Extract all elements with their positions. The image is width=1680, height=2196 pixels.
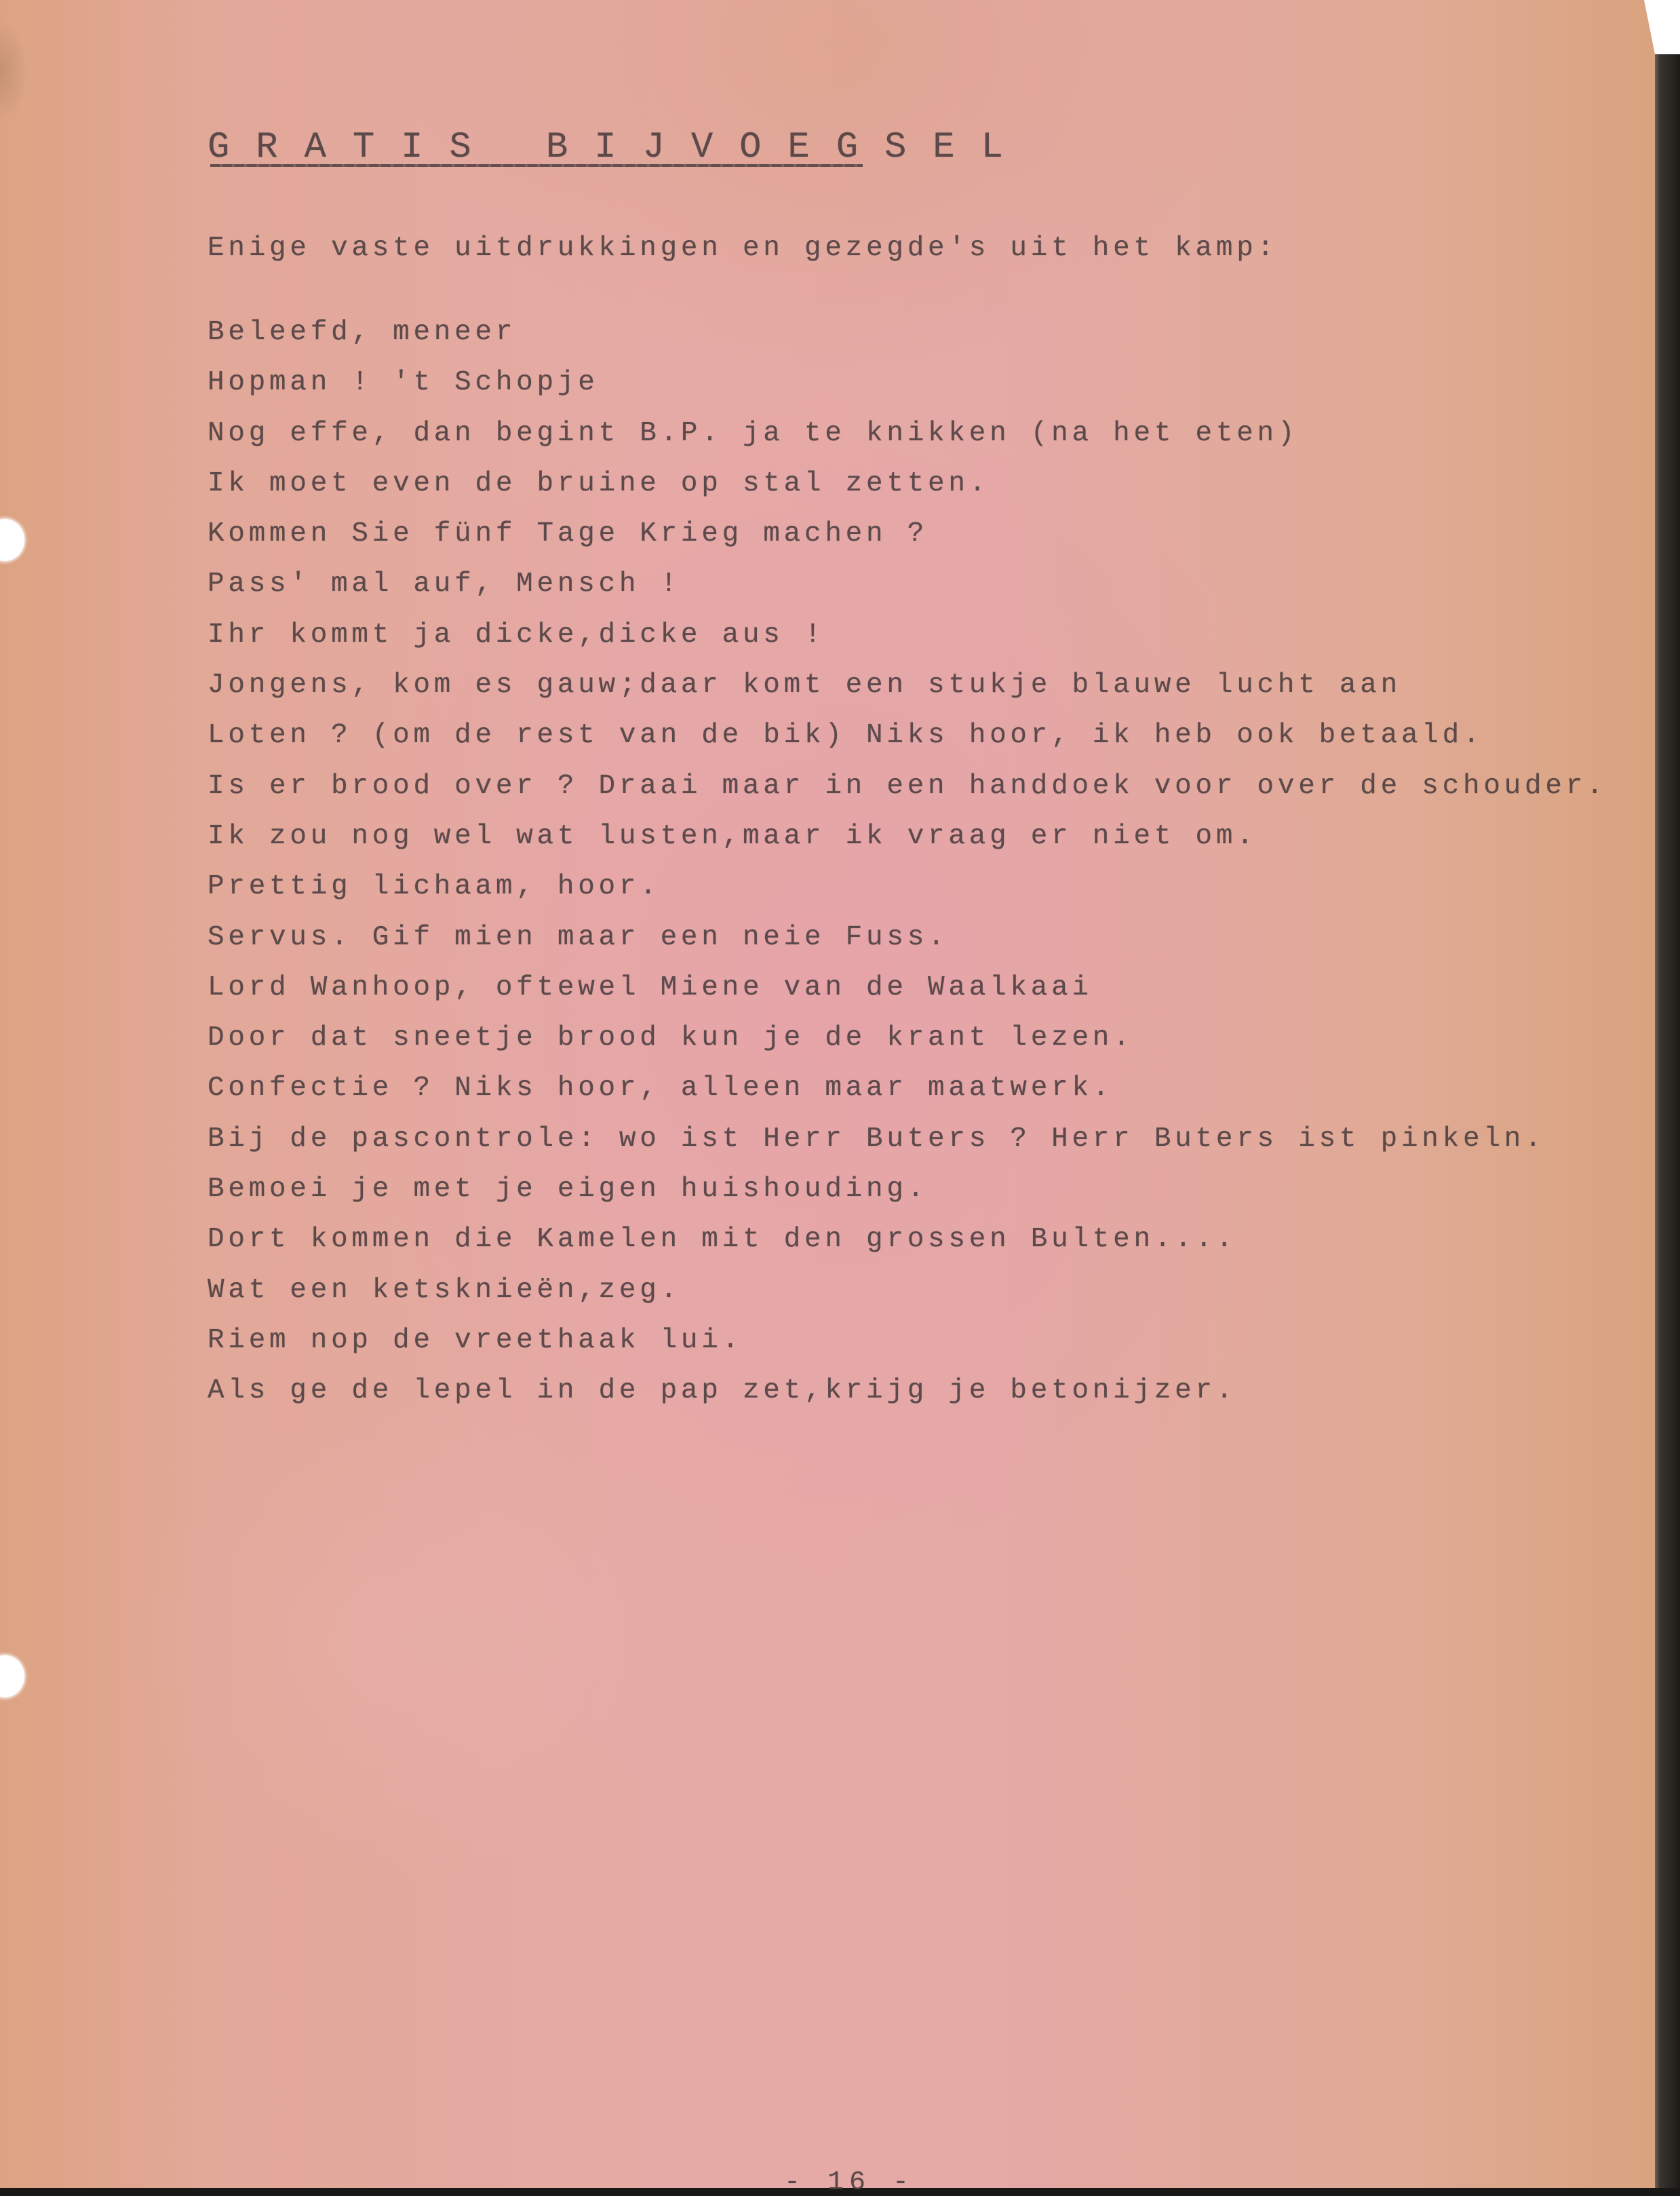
saying-item: Bemoei je met je eigen huishouding.: [208, 1169, 1607, 1219]
saying-item: Is er brood over ? Draai maar in een han…: [208, 766, 1607, 816]
saying-item: Nog effe, dan begint B.P. ja te knikken …: [208, 413, 1607, 463]
saying-item: Prettig lichaam, hoor.: [208, 866, 1607, 917]
saying-item: Ihr kommt ja dicke,dicke aus !: [208, 615, 1607, 665]
intro-line: Enige vaste uitdrukkingen en gezegde's u…: [208, 228, 1278, 269]
saying-item: Jongens, kom es gauw;daar komt een stukj…: [208, 665, 1607, 715]
saying-item: Lord Wanhoop, oftewel Miene van de Waalk…: [208, 967, 1607, 1018]
saying-item: Riem nop de vreethaak lui.: [208, 1320, 1607, 1370]
saying-item: Ik zou nog wel wat lusten,maar ik vraag …: [208, 816, 1607, 866]
sayings-list: Beleefd, meneer Hopman ! 't Schopje Nog …: [208, 312, 1607, 1421]
saying-item: Ik moet even de bruine op stal zetten.: [208, 463, 1607, 514]
saying-item: Als ge de lepel in de pap zet,krijg je b…: [208, 1370, 1607, 1421]
document-title: GRATIS BIJVOEGSEL: [208, 128, 1030, 168]
saying-item: Wat een ketsknieën,zeg.: [208, 1270, 1607, 1320]
title-underline: [210, 164, 863, 167]
page-number: - 16 -: [784, 2170, 914, 2196]
saying-item: Bij de pascontrole: wo ist Herr Buters ?…: [208, 1119, 1607, 1169]
saying-item: Confectie ? Niks hoor, alleen maar maatw…: [208, 1068, 1607, 1118]
saying-item: Dort kommen die Kamelen mit den grossen …: [208, 1219, 1607, 1269]
saying-item: Pass' mal auf, Mensch !: [208, 564, 1607, 614]
saying-item: Door dat sneetje brood kun je de krant l…: [208, 1018, 1607, 1068]
paper-stain: [0, 20, 27, 122]
saying-item: Kommen Sie fünf Tage Krieg machen ?: [208, 514, 1607, 564]
saying-item: Loten ? (om de rest van de bik) Niks hoo…: [208, 715, 1607, 765]
saying-item: Hopman ! 't Schopje: [208, 362, 1607, 412]
saying-item: Beleefd, meneer: [208, 312, 1607, 362]
saying-item: Servus. Gif mien maar een neie Fuss.: [208, 917, 1607, 967]
scan-edge-shadow: [1655, 54, 1680, 2196]
